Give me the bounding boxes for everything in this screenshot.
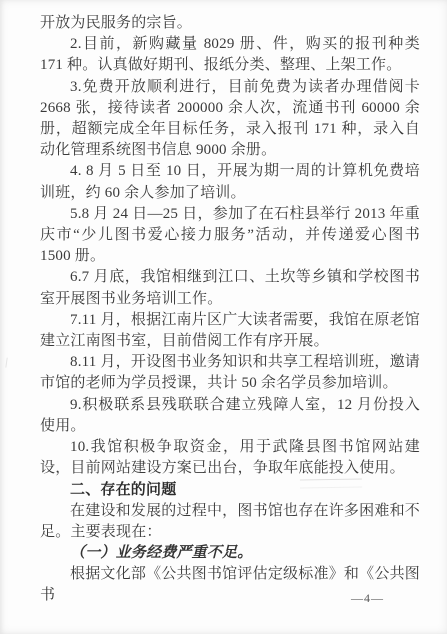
scan-artifact-smudge bbox=[300, 478, 362, 488]
page-number: —4— bbox=[351, 591, 384, 606]
paragraph-item-5: 5.8 月 24 日—25 日，参加了在石柱县举行 2013 年重庆市“少儿图书… bbox=[40, 204, 420, 268]
scanned-document-page: 开放为民服务的宗旨。 2.目前，新购藏量 8029 册、件，购买的报刊种类 17… bbox=[0, 0, 447, 634]
paragraph-item-8: 8.11 月，开设图书业务知识和共享工程培训班，邀请市馆的老师为学员授课，共计 … bbox=[40, 352, 420, 394]
paragraph-item-2: 2.目前，新购藏量 8029 册、件，购买的报刊种类 171 种。认真做好期刊、… bbox=[40, 34, 420, 76]
paragraph-item-9: 9.积极联系县残联联合建立残障人室，12 月份投入使用。 bbox=[40, 395, 420, 437]
document-body: 开放为民服务的宗旨。 2.目前，新购藏量 8029 册、件，购买的报刊种类 17… bbox=[40, 13, 420, 607]
section-heading-problems: 二、存在的问题 bbox=[40, 479, 420, 500]
paragraph-item-3: 3.免费开放顺利进行，目前免费为读者办理借阅卡 2668 张，接待读者 2000… bbox=[40, 77, 420, 162]
paragraph-item-6: 6.7 月底，我馆相继到江口、土坎等乡镇和学校图书室开展图书业务培训工作。 bbox=[40, 267, 420, 309]
paragraph-continuation: 开放为民服务的宗旨。 bbox=[40, 13, 420, 34]
section-intro-paragraph: 在建设和发展的过程中，图书馆也存在许多困难和不足。主要表现在： bbox=[40, 501, 420, 543]
sub-heading-funding-shortage: （一）业务经费严重不足。 bbox=[40, 543, 420, 564]
scan-artifact-edge-mark bbox=[5, 358, 12, 369]
paragraph-item-10: 10.我馆积极争取资金，用于武隆县图书馆网站建设，目前网站建设方案已出台，争取年… bbox=[40, 437, 420, 479]
paragraph-item-4: 4. 8 月 5 日至 10 日，开展为期一周的计算机免费培训班，约 60 余人… bbox=[40, 161, 420, 203]
paragraph-item-7: 7.11 月，根据江南片区广大读者需要，我馆在原老馆建立江南图书室，目前借阅工作… bbox=[40, 310, 420, 352]
